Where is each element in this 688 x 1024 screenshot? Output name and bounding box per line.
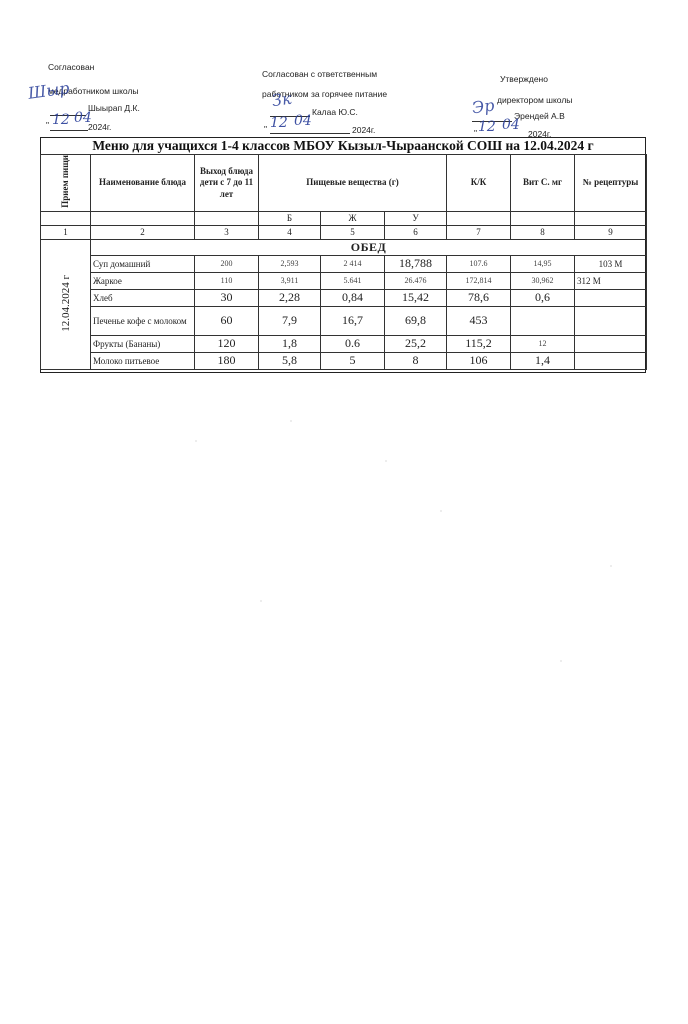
column-number-row: 1 2 3 4 5 6 7 8 9 bbox=[41, 225, 647, 239]
subheader-carbs: У bbox=[385, 211, 447, 225]
date-day: 12 bbox=[52, 113, 70, 127]
dish-fat: 0.6 bbox=[321, 335, 385, 352]
dish-kcal: 106 bbox=[447, 352, 511, 369]
signature-scribble: Эр bbox=[471, 98, 495, 117]
section-row: 12.04.2024 г ОБЕД bbox=[41, 239, 647, 255]
dish-portion: 60 bbox=[195, 306, 259, 335]
dish-fat: 5.641 bbox=[321, 272, 385, 289]
column-number: 2 bbox=[91, 225, 195, 239]
dish-portion: 200 bbox=[195, 255, 259, 272]
subheader-fat: Ж bbox=[321, 211, 385, 225]
dish-carbs: 69,8 bbox=[385, 306, 447, 335]
column-number: 6 bbox=[385, 225, 447, 239]
approval-heading: Согласован с ответственным bbox=[262, 70, 377, 79]
dish-vit-c: 1,4 bbox=[511, 352, 575, 369]
dish-portion: 30 bbox=[195, 289, 259, 306]
date-month: 04 bbox=[294, 114, 312, 128]
dish-portion: 180 bbox=[195, 352, 259, 369]
dish-protein: 7,9 bbox=[259, 306, 321, 335]
dish-fat: 0,84 bbox=[321, 289, 385, 306]
date-month: 04 bbox=[502, 118, 520, 132]
dish-name: Жаркое bbox=[91, 272, 195, 289]
dish-protein: 3,911 bbox=[259, 272, 321, 289]
dish-portion: 110 bbox=[195, 272, 259, 289]
dish-protein: 2,593 bbox=[259, 255, 321, 272]
date-line bbox=[50, 130, 88, 131]
scan-speck bbox=[260, 600, 262, 602]
column-number: 4 bbox=[259, 225, 321, 239]
signature-scribble: Зк bbox=[271, 91, 293, 110]
column-number: 7 bbox=[447, 225, 511, 239]
header-meal: Прием пищи bbox=[41, 155, 91, 212]
scan-speck bbox=[290, 420, 292, 422]
subheader-row: Б Ж У bbox=[41, 211, 647, 225]
dish-protein: 5,8 bbox=[259, 352, 321, 369]
meal-date-cell: 12.04.2024 г bbox=[41, 239, 91, 369]
date-quote: " bbox=[46, 121, 49, 130]
header-portion: Выход блюда дети с 7 до 11 лет bbox=[195, 155, 259, 212]
header-row: Прием пищи Наименование блюда Выход блюд… bbox=[41, 155, 647, 212]
dish-carbs: 18,788 bbox=[385, 255, 447, 272]
dish-fat: 2 414 bbox=[321, 255, 385, 272]
dish-carbs: 15,42 bbox=[385, 289, 447, 306]
header-vit-c: Вит С. мг bbox=[511, 155, 575, 212]
header-kcal: К/К bbox=[447, 155, 511, 212]
approval-medical: Согласован медработником школы Шыр Шыыра… bbox=[48, 63, 248, 143]
dish-carbs: 25,2 bbox=[385, 335, 447, 352]
dish-kcal: 107.6 bbox=[447, 255, 511, 272]
approval-heading: Согласован bbox=[48, 63, 94, 72]
date-year: 2024г. bbox=[352, 126, 375, 135]
dish-vit-c: 12 bbox=[511, 335, 575, 352]
dish-protein: 2,28 bbox=[259, 289, 321, 306]
dish-kcal: 78,6 bbox=[447, 289, 511, 306]
dish-fat: 5 bbox=[321, 352, 385, 369]
header-nutrients: Пищевые вещества (г) bbox=[259, 155, 447, 212]
date-line bbox=[270, 133, 350, 134]
dish-vit-c bbox=[511, 306, 575, 335]
dish-name: Хлеб bbox=[91, 289, 195, 306]
table-row: Хлеб 30 2,28 0,84 15,42 78,6 0,6 bbox=[41, 289, 647, 306]
date-quote: " bbox=[264, 125, 267, 134]
dish-kcal: 453 bbox=[447, 306, 511, 335]
dish-vit-c: 0,6 bbox=[511, 289, 575, 306]
dish-name: Печенье кофе с молоком bbox=[91, 306, 195, 335]
dish-fat: 16,7 bbox=[321, 306, 385, 335]
dish-name: Молоко питьевое bbox=[91, 352, 195, 369]
dish-name: Суп домашний bbox=[91, 255, 195, 272]
scan-speck bbox=[440, 510, 442, 512]
approval-food-responsible: Согласован с ответственным работником за… bbox=[262, 70, 462, 140]
scan-speck bbox=[560, 660, 562, 662]
scan-speck bbox=[385, 460, 387, 462]
table-row: Фрукты (Бананы) 120 1,8 0.6 25,2 115,2 1… bbox=[41, 335, 647, 352]
dish-recipe: 312 М bbox=[575, 272, 647, 289]
date-day: 12 bbox=[270, 116, 288, 130]
header-recipe: № рецептуры bbox=[575, 155, 647, 212]
approval-name: Калаа Ю.С. bbox=[312, 108, 358, 117]
date-year: 2024г. bbox=[88, 123, 111, 132]
approval-director: Утверждено директором школы Эр Эрендей А… bbox=[500, 75, 640, 145]
dish-recipe: 103 М bbox=[575, 255, 647, 272]
scan-speck bbox=[610, 565, 612, 567]
approval-name: Шыырап Д.К. bbox=[88, 104, 140, 113]
dish-kcal: 115,2 bbox=[447, 335, 511, 352]
menu-table: Прием пищи Наименование блюда Выход блюд… bbox=[40, 154, 647, 370]
column-number: 9 bbox=[575, 225, 647, 239]
section-label-lunch: ОБЕД bbox=[91, 239, 647, 255]
column-number: 5 bbox=[321, 225, 385, 239]
table-row: Жаркое 110 3,911 5.641 26.476 172,814 30… bbox=[41, 272, 647, 289]
dish-vit-c: 30,962 bbox=[511, 272, 575, 289]
approval-role: директором школы bbox=[497, 96, 572, 105]
dish-kcal: 172,814 bbox=[447, 272, 511, 289]
dish-protein: 1,8 bbox=[259, 335, 321, 352]
approval-name: Эрендей А.В bbox=[514, 112, 565, 121]
dish-recipe bbox=[575, 352, 647, 369]
dish-recipe bbox=[575, 335, 647, 352]
column-number: 8 bbox=[511, 225, 575, 239]
dish-portion: 120 bbox=[195, 335, 259, 352]
dish-carbs: 8 bbox=[385, 352, 447, 369]
approval-heading: Утверждено bbox=[500, 75, 548, 84]
scan-speck bbox=[195, 440, 197, 442]
header-dish-name: Наименование блюда bbox=[91, 155, 195, 212]
dish-vit-c: 14,95 bbox=[511, 255, 575, 272]
signature-scribble: Шыр bbox=[27, 80, 70, 102]
table-row: Печенье кофе с молоком 60 7,9 16,7 69,8 … bbox=[41, 306, 647, 335]
subheader-protein: Б bbox=[259, 211, 321, 225]
dish-recipe bbox=[575, 306, 647, 335]
dish-name: Фрукты (Бананы) bbox=[91, 335, 195, 352]
date-day: 12 bbox=[478, 120, 496, 134]
table-row: Молоко питьевое 180 5,8 5 8 106 1,4 bbox=[41, 352, 647, 369]
menu-title: Меню для учащихся 1-4 классов МБОУ Кызыл… bbox=[40, 138, 646, 154]
dish-recipe bbox=[575, 289, 647, 306]
table-row: Суп домашний 200 2,593 2 414 18,788 107.… bbox=[41, 255, 647, 272]
column-number: 1 bbox=[41, 225, 91, 239]
column-number: 3 bbox=[195, 225, 259, 239]
dish-carbs: 26.476 bbox=[385, 272, 447, 289]
